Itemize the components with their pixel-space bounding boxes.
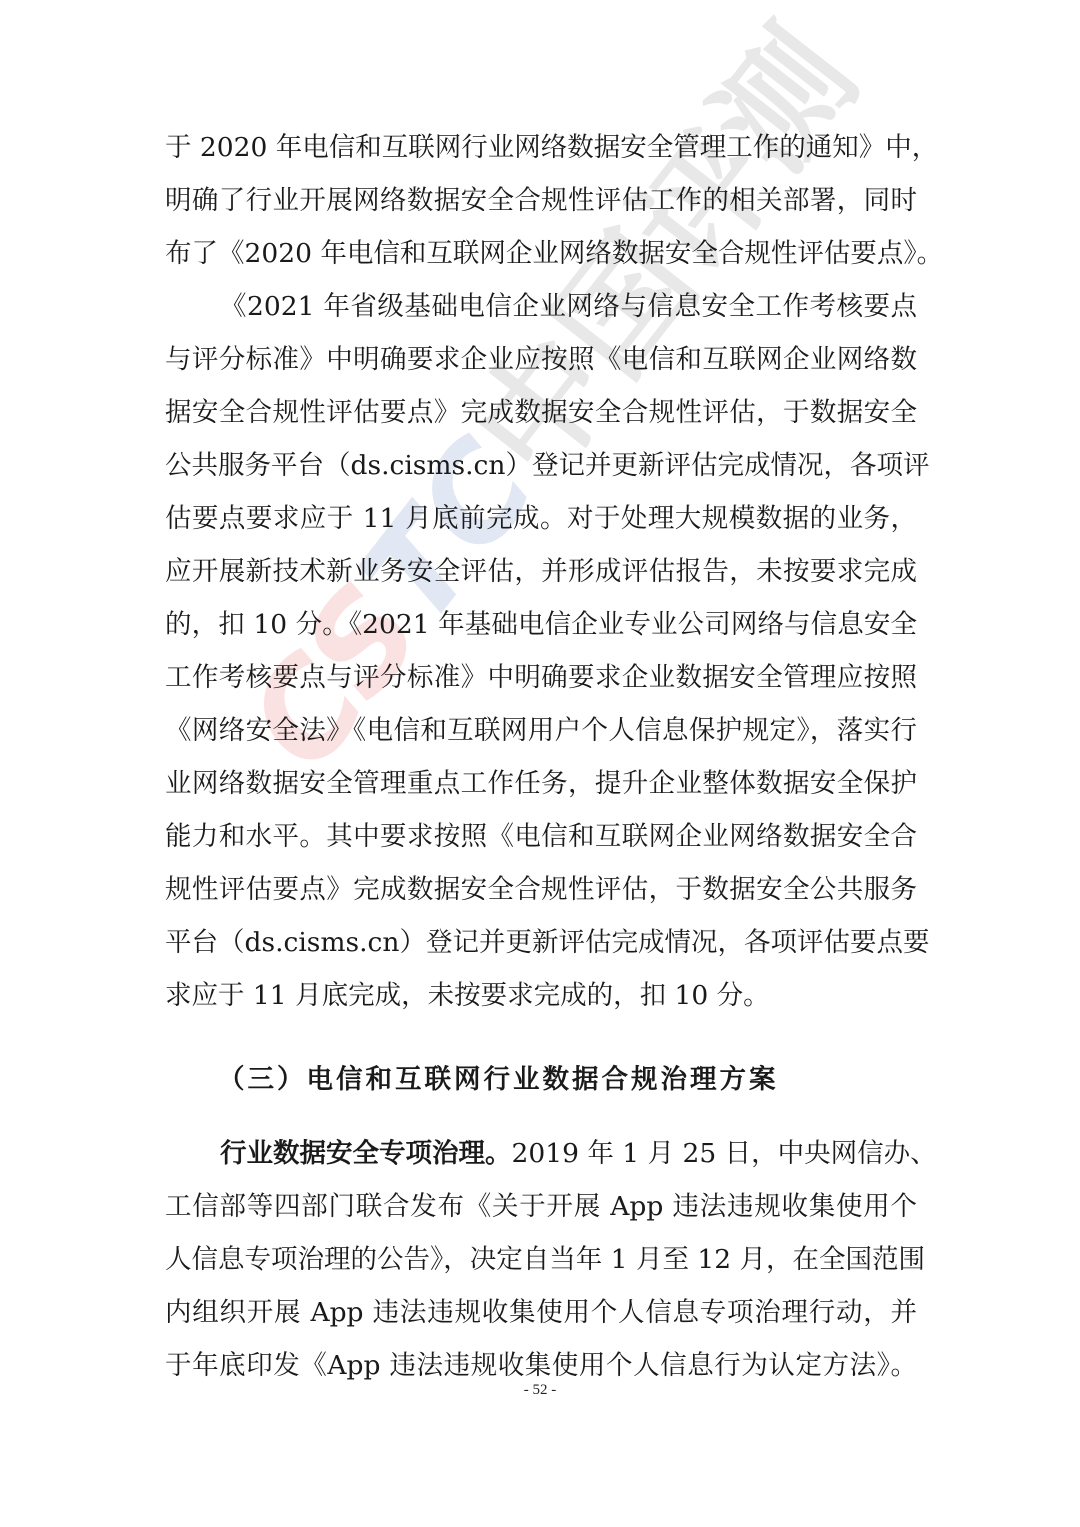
text-span: 2019 年 1 月 25 日，中央网信办、 bbox=[512, 1138, 937, 1169]
text-line: 据安全合规性评估要点》完成数据安全合规性评估，于数据安全 bbox=[165, 393, 917, 433]
text-line: 明确了行业开展网络数据安全合规性评估工作的相关部署，同时 bbox=[165, 181, 917, 221]
text-line: 的，扣 10 分。《2021 年基础电信企业专业公司网络与信息安全 bbox=[165, 605, 917, 645]
text-line: 内组织开展 App 违法违规收集使用个人信息专项治理行动，并 bbox=[165, 1293, 917, 1333]
document-page: CSTC中国评测 于 2020 年电信和互联网行业网络数据安全管理工作的通知》中… bbox=[0, 0, 1080, 1527]
text-line: 工信部等四部门联合发布《关于开展 App 违法违规收集使用个 bbox=[165, 1187, 917, 1227]
text-line: 布了《2020 年电信和互联网企业网络数据安全合规性评估要点》。 bbox=[165, 234, 917, 274]
text-line: 业网络数据安全管理重点工作任务，提升企业整体数据安全保护 bbox=[165, 764, 917, 804]
text-line: 于年底印发《App 违法违规收集使用个人信息行为认定方法》。 bbox=[165, 1346, 917, 1386]
text-line: 于 2020 年电信和互联网行业网络数据安全管理工作的通知》中， bbox=[165, 128, 917, 168]
text-line: 人信息专项治理的公告》，决定自当年 1 月至 12 月，在全国范围 bbox=[165, 1240, 917, 1280]
text-line: 估要点要求应于 11 月底前完成。对于处理大规模数据的业务， bbox=[165, 499, 917, 539]
text-line: 求应于 11 月底完成，未按要求完成的，扣 10 分。 bbox=[165, 976, 917, 1016]
bold-lead-phrase: 行业数据安全专项治理。 bbox=[220, 1138, 512, 1169]
text-line: 《2021 年省级基础电信企业网络与信息安全工作考核要点 bbox=[220, 287, 917, 327]
text-line: 应开展新技术新业务安全评估，并形成评估报告，未按要求完成 bbox=[165, 552, 917, 592]
text-line: 公共服务平台（ds.cisms.cn）登记并更新评估完成情况，各项评 bbox=[165, 446, 917, 486]
text-line: 《网络安全法》《电信和互联网用户个人信息保护规定》，落实行 bbox=[165, 711, 917, 751]
text-line-with-lead: 行业数据安全专项治理。2019 年 1 月 25 日，中央网信办、 bbox=[220, 1134, 917, 1174]
text-line: 规性评估要点》完成数据安全合规性评估，于数据安全公共服务 bbox=[165, 870, 917, 910]
section-heading: （三）电信和互联网行业数据合规治理方案 bbox=[218, 1060, 779, 1100]
text-line: 能力和水平。其中要求按照《电信和互联网企业网络数据安全合 bbox=[165, 817, 917, 857]
text-line: 工作考核要点与评分标准》中明确要求企业数据安全管理应按照 bbox=[165, 658, 917, 698]
text-line: 与评分标准》中明确要求企业应按照《电信和互联网企业网络数 bbox=[165, 340, 917, 380]
page-number: - 52 - bbox=[0, 1382, 1080, 1399]
text-line: 平台（ds.cisms.cn）登记并更新评估完成情况，各项评估要点要 bbox=[165, 923, 917, 963]
